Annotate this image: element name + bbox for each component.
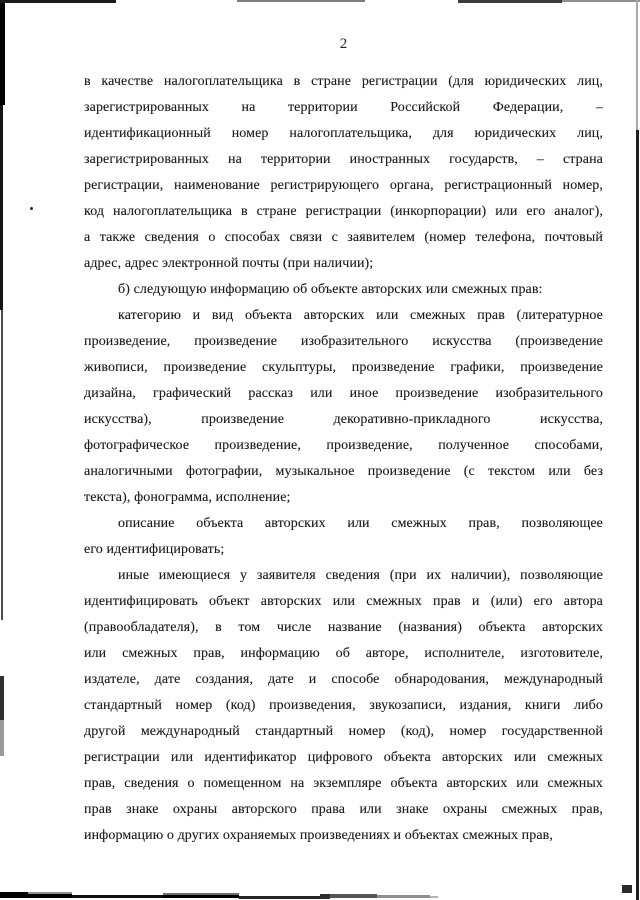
text-line: аналогичными фотографии, музыкальное про…: [84, 459, 603, 485]
scan-edge-bottom-10: [377, 895, 430, 898]
document-body: в качестве налогоплательщика в стране ре…: [84, 69, 603, 849]
text-line: другой международный стандартный номер (…: [84, 719, 603, 745]
text-line: категорию и вид объекта авторских или см…: [84, 303, 603, 329]
scan-edge-bottom-8: [320, 894, 330, 899]
paragraph: в качестве налогоплательщика в стране ре…: [84, 69, 603, 277]
text-line: регистрации, наименование регистрирующег…: [84, 173, 603, 199]
text-line: прав знаке охраны авторского права или з…: [84, 797, 603, 823]
scan-edge-right-2: [636, 130, 639, 900]
scan-edge-bottom-3: [28, 894, 72, 898]
page-number: 2: [84, 36, 603, 53]
text-line: фотографическое произведение, произведен…: [84, 433, 603, 459]
scanned-page: 2 в качестве налогоплательщика в стране …: [0, 0, 640, 900]
text-line: описание объекта авторских или смежных п…: [84, 511, 603, 537]
scan-edge-bottom-5: [163, 893, 239, 895]
scan-edge-left-3: [1, 310, 3, 620]
text-line: зарегистрированных на территории иностра…: [84, 147, 603, 173]
text-line: адрес, адрес электронной почты (при нали…: [84, 251, 603, 277]
scan-edge-bottom-1: [0, 892, 28, 898]
text-line: издателе, дате создания, дате и способе …: [84, 667, 603, 693]
text-line: зарегистрированных на территории Российс…: [84, 95, 603, 121]
text-line: идентифицировать объект авторских или см…: [84, 589, 603, 615]
scan-edge-bottom-6: [163, 895, 239, 898]
scan-edge-top-4: [562, 0, 640, 2]
scan-edge-bottom-2: [28, 892, 72, 894]
text-line: информацию о других охраняемых произведе…: [84, 823, 603, 849]
text-line: живописи, произведение скульптуры, произ…: [84, 355, 603, 381]
text-line: (правообладателя), в том числе название …: [84, 615, 603, 641]
scan-edge-left-1: [0, 0, 5, 105]
scan-edge-bottom-7: [239, 896, 320, 899]
text-line: б) следующую информацию об объекте автор…: [84, 277, 603, 303]
scan-edge-bottom-9: [330, 894, 377, 898]
scan-edge-bottom-11: [430, 896, 438, 898]
text-line: текста), фонограмма, исполнение;: [84, 485, 603, 511]
scan-edge-left-4: [0, 676, 4, 720]
paragraph: б) следующую информацию об объекте автор…: [84, 277, 603, 303]
text-line: искусства), произведение декоративно-при…: [84, 407, 603, 433]
scan-edge-bottom-4: [72, 895, 163, 898]
text-line: код налогоплательщика в стране регистрац…: [84, 199, 603, 225]
text-line: в качестве налогоплательщика в стране ре…: [84, 69, 603, 95]
paragraph: иные имеющиеся у заявителя сведения (при…: [84, 563, 603, 849]
text-line: прав, сведения о помещенном на экземпляр…: [84, 771, 603, 797]
text-line: дизайна, графический рассказ или иное пр…: [84, 381, 603, 407]
paragraph: описание объекта авторских или смежных п…: [84, 511, 603, 563]
text-line: или смежных прав, информацию об авторе, …: [84, 641, 603, 667]
text-line: его идентифицировать;: [84, 537, 603, 563]
text-line: идентификационный номер налогоплательщик…: [84, 121, 603, 147]
scan-edge-top-3: [458, 0, 562, 3]
scan-edge-top-2: [237, 0, 365, 2]
paragraph: категорию и вид объекта авторских или см…: [84, 303, 603, 511]
text-line: а также сведения о способах связи с заяв…: [84, 225, 603, 251]
scan-edge-left-2: [0, 105, 3, 310]
scan-edge-bottom-12: [622, 885, 632, 893]
scan-edge-right-1: [636, 0, 638, 130]
text-line: иные имеющиеся у заявителя сведения (при…: [84, 563, 603, 589]
ink-dot-artifact: [30, 207, 33, 210]
text-line: произведение, произведение изобразительн…: [84, 329, 603, 355]
scan-edge-left-5: [0, 720, 4, 756]
text-line: стандартный номер (код) произведения, зв…: [84, 693, 603, 719]
text-line: регистрации или идентификатор цифрового …: [84, 745, 603, 771]
scan-edge-top-1: [0, 0, 116, 3]
